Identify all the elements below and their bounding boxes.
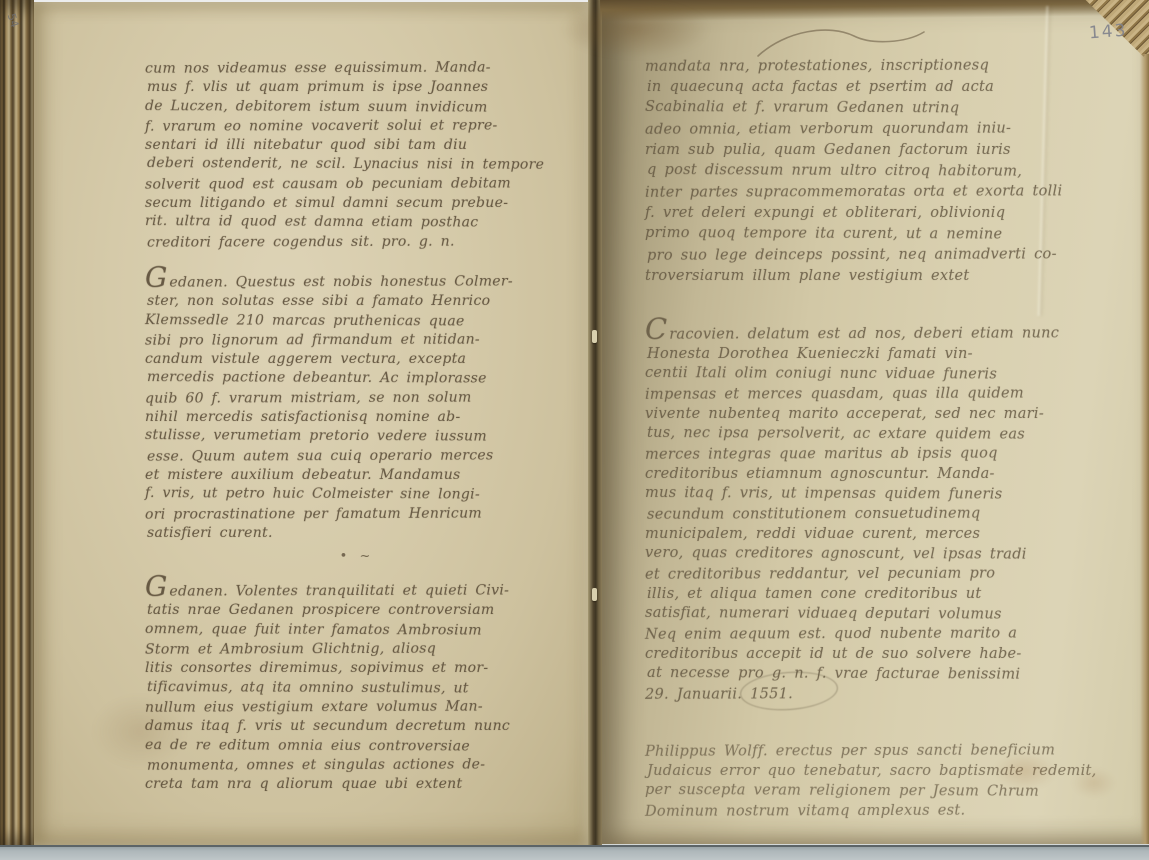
left-page-edges: 54 bbox=[0, 0, 34, 846]
page-number-pencil: 143 bbox=[1088, 21, 1128, 44]
manuscript-line: Neq enim aequum est. quod nubente marito… bbox=[645, 623, 1111, 645]
paragraph-philippus: Philippus Wolff. erectus per spus sancti… bbox=[645, 741, 1111, 821]
section-divider-mark: • ~ bbox=[145, 543, 569, 576]
binding-gutter bbox=[588, 0, 602, 848]
manuscript-line: satisfieri curent. bbox=[147, 524, 569, 543]
left-text-column: cum nos videamus esse equissimum. Manda-… bbox=[145, 59, 569, 794]
paragraph-cracovien: Cracovien. delatum est ad nos, deberi et… bbox=[645, 318, 1111, 704]
left-page: cum nos videamus esse equissimum. Manda-… bbox=[34, 2, 588, 846]
manuscript-line: adeo omnia, etiam verborum quorundam ini… bbox=[645, 118, 1111, 141]
manuscript-line: damus itaq f. vris ut secundum decretum … bbox=[145, 717, 569, 736]
right-text-column: mandata nra, protestationes, inscription… bbox=[645, 56, 1111, 821]
binding-stitch bbox=[592, 330, 597, 343]
manuscript-line: stulisse, verumetiam pretorio vedere ius… bbox=[145, 426, 569, 447]
manuscript-line: riam sub pulia, quam Gedanen factorum iu… bbox=[645, 140, 1111, 161]
open-manuscript-book: 54 cum nos videamus esse equissimum. Man… bbox=[0, 0, 1149, 848]
manuscript-line: secundum constitutionem consuetudinemq bbox=[647, 503, 1111, 525]
manuscript-line: nihil mercedis satisfactionisq nomine ab… bbox=[145, 408, 569, 427]
manuscript-line: Philippus Wolff. erectus per spus sancti… bbox=[645, 740, 1111, 762]
manuscript-line: ea de re editum omnia eius controversiae bbox=[145, 736, 569, 757]
paragraph-continuation: cum nos videamus esse equissimum. Manda-… bbox=[145, 59, 569, 252]
paragraph-gedanen-2: Gedanen. Volentes tranquilitati et quiet… bbox=[145, 576, 569, 794]
manuscript-line: de Luczen, debitorem istum suum invidicu… bbox=[145, 97, 569, 118]
manuscript-line: primo quoq tempore ita curent, ut a nemi… bbox=[645, 223, 1111, 246]
right-page: 143 mandata nra, protestationes, inscrip… bbox=[602, 4, 1149, 844]
manuscript-line: mus f. vlis ut quam primum is ipse Joann… bbox=[147, 78, 569, 97]
manuscript-line: deberi ostenderit, ne scil. Lynacius nis… bbox=[147, 155, 569, 176]
manuscript-line: mercedis pactione debeantur. Ac imploras… bbox=[147, 369, 569, 390]
manuscript-line: vivente nubenteq marito acceperat, sed n… bbox=[645, 404, 1111, 424]
page-top-edge bbox=[600, 0, 1149, 22]
manuscript-line: Cracovien. delatum est ad nos, deberi et… bbox=[645, 317, 1111, 345]
manuscript-line: in quaecunq acta factas et psertim ad ac… bbox=[647, 77, 1111, 98]
manuscript-line: satisfiat, numerari viduaeq deputari vol… bbox=[645, 603, 1111, 625]
manuscript-line: quib 60 f. vrarum mistriam, se non solum bbox=[145, 388, 569, 409]
manuscript-line: Judaicus error quo tenebatur, sacro bapt… bbox=[647, 761, 1111, 781]
manuscript-line: rit. ultra id quod est damna etiam posth… bbox=[145, 212, 569, 233]
background-surface bbox=[0, 845, 1149, 860]
binding-stitch bbox=[592, 588, 597, 601]
manuscript-line: solverit quod est causam ob pecuniam deb… bbox=[145, 174, 569, 195]
manuscript-line: impensas et merces quasdam, quas illa qu… bbox=[645, 383, 1111, 405]
manuscript-line: Gedanen. Questus est nobis honestus Colm… bbox=[145, 266, 569, 293]
manuscript-line: esse. Quum autem sua cuiq operario merce… bbox=[147, 446, 569, 467]
manuscript-line: pro suo lege deinceps possint, neq anima… bbox=[647, 244, 1111, 267]
manuscript-line: litis consortes diremimus, sopivimus et … bbox=[145, 659, 569, 678]
manuscript-line: mus itaq f. vris, ut impensas quidem fun… bbox=[645, 483, 1111, 505]
paragraph-continuation: mandata nra, protestationes, inscription… bbox=[645, 56, 1111, 287]
manuscript-line: f. vris, ut petro huic Colmeister sine l… bbox=[145, 484, 569, 505]
manuscript-line: tificavimus, atq ita omnino sustulimus, … bbox=[147, 678, 569, 699]
manuscript-line: et creditoribus reddantur, vel pecuniam … bbox=[645, 563, 1111, 585]
manuscript-line: candum vistule aggerem vectura, excepta bbox=[145, 350, 569, 369]
manuscript-line: per suscepta veram religionem per Jesum … bbox=[645, 780, 1111, 802]
manuscript-line: Dominum nostrum vitamq amplexus est. bbox=[645, 800, 1111, 822]
manuscript-line: f. vret deleri expungi et obliterari, ob… bbox=[645, 203, 1111, 224]
manuscript-line: et mistere auxilium debeatur. Mandamus bbox=[145, 466, 569, 485]
manuscript-line: inter partes supracommemoratas orta et e… bbox=[645, 181, 1111, 204]
pencil-corner-mark: 54 bbox=[5, 12, 22, 29]
manuscript-line: Storm et Ambrosium Glichtnig, aliosq bbox=[145, 639, 569, 660]
manuscript-line: Scabinalia et f. vrarum Gedanen utrinq bbox=[645, 97, 1111, 120]
paragraph-gedanen-1: Gedanen. Questus est nobis honestus Colm… bbox=[145, 267, 569, 543]
manuscript-line: monumenta, omnes et singulas actiones de… bbox=[147, 755, 569, 776]
manuscript-line: municipalem, reddi viduae curent, merces bbox=[645, 524, 1111, 544]
manuscript-line: vero, quas creditores agnoscunt, vel ips… bbox=[645, 543, 1111, 565]
manuscript-line: Gedanen. Volentes tranquilitati et quiet… bbox=[145, 575, 569, 602]
manuscript-line: creditori facere cogendus sit. pro. g. n… bbox=[147, 232, 569, 253]
manuscript-line: sentari id illi nitebatur quod sibi tam … bbox=[145, 136, 569, 155]
manuscript-line: ori procrastinatione per famatum Henricu… bbox=[145, 504, 569, 525]
manuscript-line: Klemssedle 210 marcas pruthenicas quae bbox=[145, 311, 569, 332]
manuscript-line: merces integras quae maritus ab ipsis qu… bbox=[645, 443, 1111, 465]
manuscript-line: troversiarum illum plane vestigium extet bbox=[645, 266, 1111, 287]
manuscript-line: tus, nec ipsa persolverit, ac extare qui… bbox=[647, 423, 1111, 445]
manuscript-line: f. vrarum eo nomine vocaverit solui et r… bbox=[145, 116, 569, 137]
manuscript-line: centii Itali olim coniugi nunc viduae fu… bbox=[645, 363, 1111, 385]
manuscript-line: q post discessum nrum ultro citroq habit… bbox=[647, 160, 1111, 183]
manuscript-line: nullum eius vestigium extare volumus Man… bbox=[145, 697, 569, 718]
manuscript-line: creditoribus etiamnum agnoscuntur. Manda… bbox=[645, 464, 1111, 484]
fore-edge-strip bbox=[1140, 54, 1149, 844]
manuscript-line: creta tam nra q aliorum quae ubi extent bbox=[145, 775, 569, 794]
manuscript-line: secum litigando et simul damni secum pre… bbox=[145, 194, 569, 213]
manuscript-line: omnem, quae fuit inter famatos Ambrosium bbox=[145, 620, 569, 641]
manuscript-line: ster, non solutas esse sibi a famato Hen… bbox=[147, 292, 569, 311]
manuscript-line: mandata nra, protestationes, inscription… bbox=[645, 55, 1111, 78]
manuscript-line: illis, et aliqua tamen cone creditoribus… bbox=[647, 584, 1111, 604]
manuscript-line: tatis nrae Gedanen prospicere controvers… bbox=[147, 601, 569, 620]
manuscript-line: Honesta Dorothea Kuenieczki famati vin- bbox=[647, 344, 1111, 364]
manuscript-line: sibi pro lignorum ad firmandum et nitida… bbox=[145, 330, 569, 351]
manuscript-line: at necesse pro g. n. f. vrae facturae be… bbox=[647, 663, 1111, 685]
manuscript-line: creditoribus accepit id ut de suo solver… bbox=[645, 644, 1111, 664]
manuscript-line: 29. Januarii. 1551. bbox=[645, 683, 1111, 705]
manuscript-line: cum nos videamus esse equissimum. Manda- bbox=[145, 58, 569, 79]
